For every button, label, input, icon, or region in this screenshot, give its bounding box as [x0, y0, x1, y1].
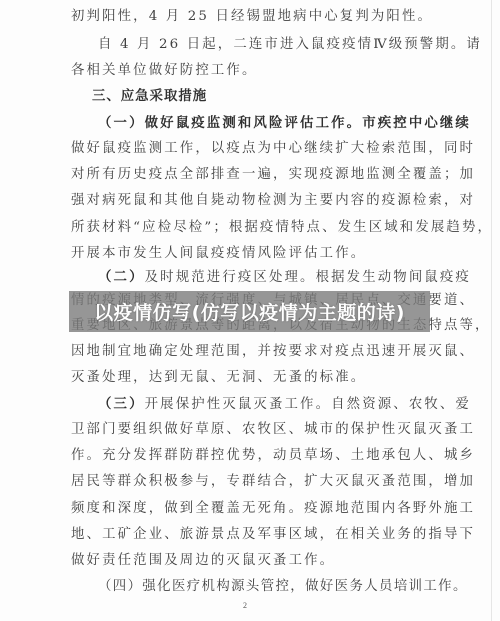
doc-line: 因地制宜地确定处理范围，并按要求对疫点迅速开展灭鼠、: [71, 342, 421, 362]
subsection-label: （二）: [98, 269, 145, 285]
section-heading: 三、应急采取措施: [92, 87, 442, 107]
doc-line: 居民等群众积极参与，专群结合，扩大灭鼠灭蚤范围，增加: [71, 472, 421, 492]
doc-line: 地、工矿企业、旅游景点及军事区域，在相关业务的指导下: [71, 525, 421, 545]
document-page: 初判阳性，4 月 25 日经锡盟地病中心复判为阳性。 自 4 月 26 日起，二…: [0, 0, 500, 621]
page-edge-divider: [491, 0, 492, 621]
subsection-label: （四）: [98, 579, 142, 594]
doc-line: 卫部门要组织做好草原、农牧区、城市的保护性灭鼠灭蚤工: [71, 420, 421, 440]
doc-line: 初判阳性，4 月 25 日经锡盟地病中心复判为阳性。: [71, 7, 421, 27]
subsection-label: （三）: [98, 396, 145, 412]
doc-line: 做好责任范围及周边的灭鼠灭蚤工作。: [71, 551, 421, 571]
doc-line: 所获材料“应检尽检”；根据疫情特点、发生区域和发展趋势，: [71, 218, 421, 238]
banner-title: 以疫情仿写(仿写以疫情为主题的诗): [94, 298, 405, 325]
title-banner: 以疫情仿写(仿写以疫情为主题的诗): [69, 291, 430, 332]
subsection-label: （一）: [98, 115, 145, 131]
doc-line: 频度和深度，做到全覆盖无死角。疫源地范围内各野外施工: [71, 499, 421, 519]
subsection-title: 及时规范进行疫区处理。根据发生动物间鼠疫疫: [145, 270, 471, 285]
doc-line: 强对病死鼠和其他自毙动物检测为主要内容的疫源检索，对: [71, 191, 421, 211]
subsection-two: （二）及时规范进行疫区处理。根据发生动物间鼠疫疫: [98, 267, 448, 288]
subsection-one: （一）做好鼠疫监测和风险评估工作。市疾控中心继续: [98, 113, 448, 134]
subsection-title: 做好鼠疫监测和风险评估工作。市疾控中心继续: [145, 115, 471, 131]
doc-line: 对所有历史疫点全部排查一遍，实现疫源地监测全覆盖；加: [71, 165, 421, 185]
doc-line: 作。充分发挥群防群控优势，动员草场、土地承包人、城乡: [71, 446, 421, 466]
page-number: 2: [243, 601, 247, 610]
subsection-three: （三）开展保护性灭鼠灭蚤工作。自然资源、农牧、爱: [98, 394, 448, 415]
doc-line: 各相关单位做好防控工作。: [71, 61, 421, 81]
subsection-title: 强化医疗机构源头管控，做好医务人员培训工作。: [142, 579, 467, 594]
doc-line: 灭蚤处理，达到无鼠、无洞、无蚤的标准。: [71, 368, 421, 388]
doc-line: 自 4 月 26 日起，二连市进入鼠疫疫情Ⅳ级预警期。请: [98, 35, 448, 55]
subsection-title: 开展保护性灭鼠灭蚤工作。自然资源、农牧、爱: [145, 397, 471, 412]
doc-line: 做好鼠疫监测工作，以疫点为中心继续扩大检索范围，同时: [71, 139, 421, 159]
subsection-four: （四）强化医疗机构源头管控，做好医务人员培训工作。: [98, 577, 448, 597]
doc-line: 开展本市发生人间鼠疫疫情风险评估工作。: [71, 244, 421, 264]
